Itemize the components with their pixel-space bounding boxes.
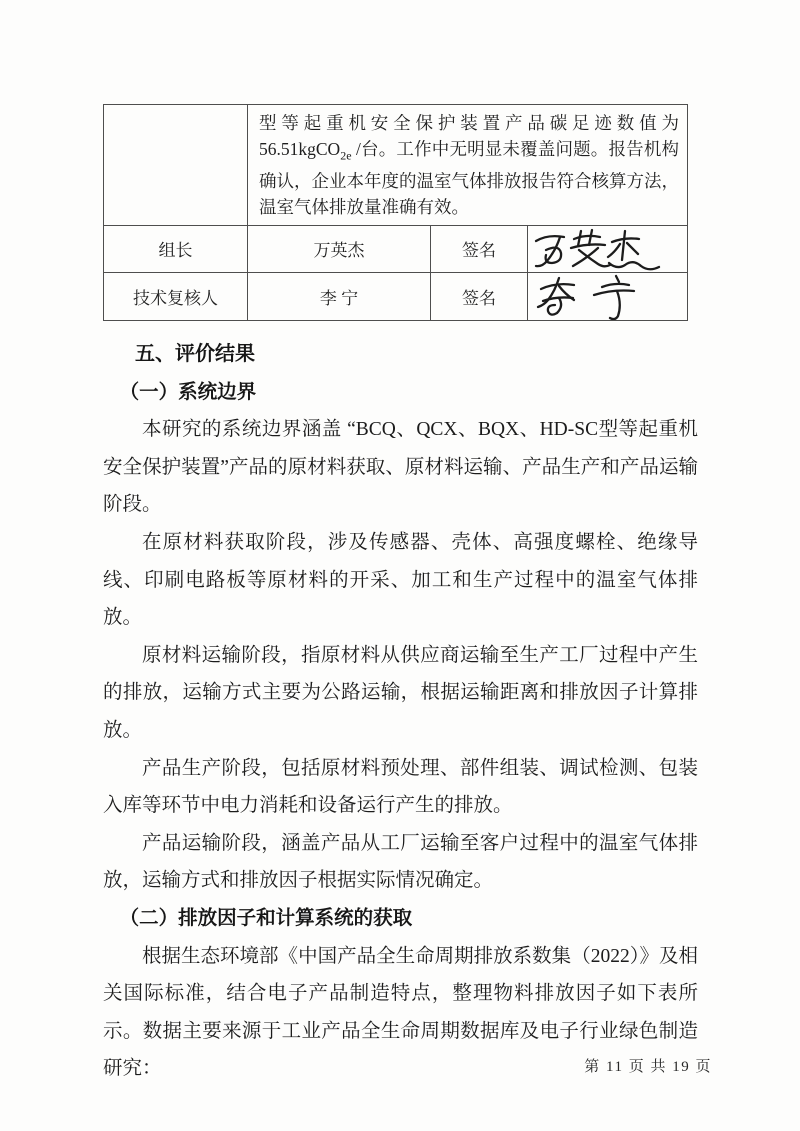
leader-signature-cell <box>528 225 688 272</box>
reviewer-signature-cell <box>528 272 688 320</box>
conclusion-empty-cell <box>104 105 248 226</box>
paragraph-system-boundary-overview: 本研究的系统边界涵盖 “BCQ、QCX、BQX、HD-SC型等起重机安全保护装置… <box>103 411 698 524</box>
document-page: 型等起重机安全保护装置产品碳足迹数值为 56.51kgCO2e /台。工作中无明… <box>0 0 800 1131</box>
subsection-heading-emission-factors: （二）排放因子和计算系统的获取 <box>103 900 698 938</box>
signature-li-ning-image <box>528 273 686 320</box>
page-number: 第 11 页 共 19 页 <box>584 1055 712 1076</box>
reviewer-sign-label-cell: 签名 <box>431 272 528 320</box>
paragraph-raw-material-transport: 原材料运输阶段，指原材料从供应商运输至生产工厂过程中产生的排放，运输方式主要为公… <box>103 637 698 750</box>
reviewer-role-cell: 技术复核人 <box>104 272 248 320</box>
table-row-conclusion: 型等起重机安全保护装置产品碳足迹数值为 56.51kgCO2e /台。工作中无明… <box>104 105 688 226</box>
signature-wan-yingjie-image <box>528 226 686 272</box>
table-row-reviewer: 技术复核人 李 宁 签名 <box>104 272 688 320</box>
co2e-subscript: 2e <box>340 148 351 162</box>
conclusion-text: 型等起重机安全保护装置产品碳足迹数值为 56.51kgCO2e /台。工作中无明… <box>259 111 679 221</box>
document-body: 五、评价结果 （一）系统边界 本研究的系统边界涵盖 “BCQ、QCX、BQX、H… <box>103 336 698 1088</box>
verification-signature-table: 型等起重机安全保护装置产品碳足迹数值为 56.51kgCO2e /台。工作中无明… <box>103 104 688 321</box>
reviewer-name-cell: 李 宁 <box>248 272 431 320</box>
paragraph-product-transport: 产品运输阶段，涵盖产品从工厂运输至客户过程中的温室气体排放，运输方式和排放因子根… <box>103 825 698 900</box>
paragraph-raw-material-acquisition: 在原材料获取阶段，涉及传感器、壳体、高强度螺栓、绝缘导线、印刷电路板等原材料的开… <box>103 524 698 637</box>
paragraph-product-manufacturing: 产品生产阶段，包括原材料预处理、部件组装、调试检测、包装入库等环节中电力消耗和设… <box>103 750 698 825</box>
leader-name-cell: 万英杰 <box>248 225 431 272</box>
subsection-heading-system-boundary: （一）系统边界 <box>103 374 698 412</box>
table-row-leader: 组长 万英杰 签名 <box>104 225 688 272</box>
leader-sign-label-cell: 签名 <box>431 225 528 272</box>
section-heading-evaluation-results: 五、评价结果 <box>103 336 698 374</box>
leader-role-cell: 组长 <box>104 225 248 272</box>
conclusion-text-cell: 型等起重机安全保护装置产品碳足迹数值为 56.51kgCO2e /台。工作中无明… <box>248 105 688 226</box>
